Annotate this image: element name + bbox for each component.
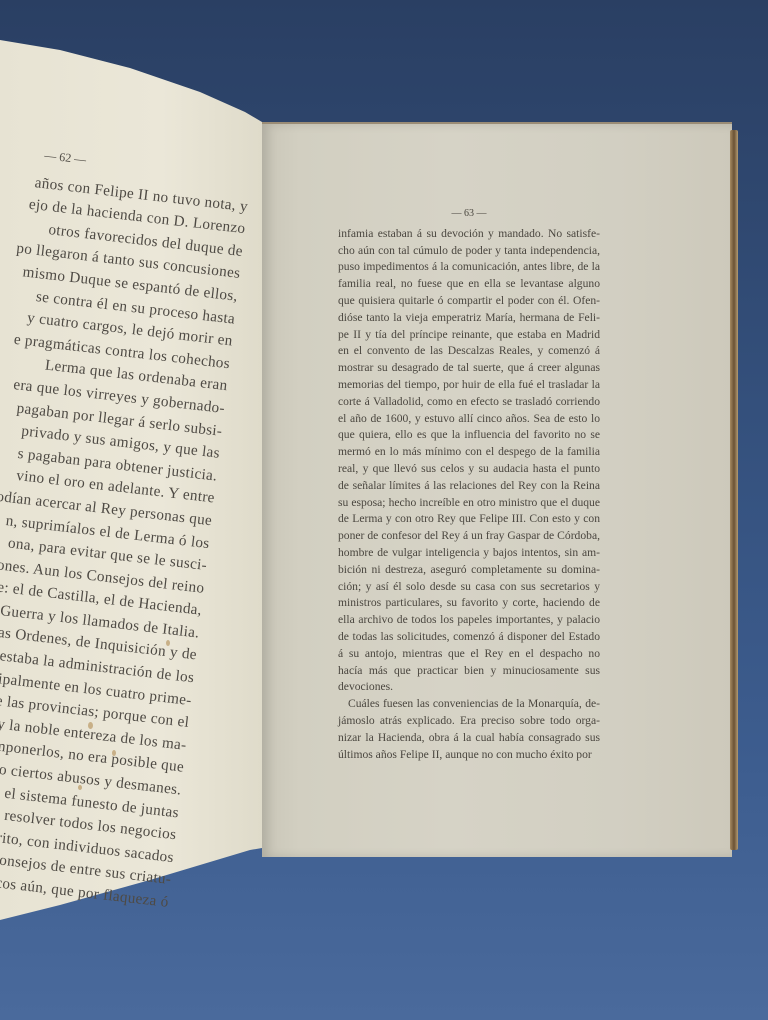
text-line: real, y que llevó sus celos y su audacia… [338,461,600,478]
text-line: hacía más que practicar bien y minuciosa… [338,663,600,680]
foxing-spot [112,750,116,756]
text-line: ción; y así él solo desde su casa con su… [338,579,600,596]
page-number-63: — 63 — [338,206,600,223]
text-line: infamia estaban á su devoción y mandado.… [338,226,600,243]
text-line: ella archivo de todos los papeles import… [338,612,600,629]
text-line: que quiera, ello es que la influencia de… [338,427,600,444]
text-line: puso impedimentos á la comunicación, ant… [338,259,600,276]
text-line: devociones. [338,679,600,696]
foxing-spot [78,785,82,790]
text-line: que quisiera quitarle ó compartir el pod… [338,293,600,310]
text-line: dióse tanto la vieja emperatriz María, h… [338,310,600,327]
text-line: de todas las solicitudes, comenzó á disp… [338,629,600,646]
text-line: corte á Valladolid, como en efecto se tr… [338,394,600,411]
text-line: cho aún con tal cúmulo de poder y tanta … [338,243,600,260]
text-line: pe II y tía del príncipe reinante, que e… [338,327,600,344]
text-line: hombre de vulgar inteligencia y bajos in… [338,545,600,562]
text-line: familia real, no fuese que en ella se le… [338,276,600,293]
text-line: bición ni destreza, aseguró completament… [338,562,600,579]
page-block-edge [730,130,738,850]
text-line: á su antojo, mientras que el Rey en el d… [338,646,600,663]
text-line: ministros particulares, su favorito y co… [338,595,600,612]
text-line: mostrar su desagrado de tal suerte, que … [338,360,600,377]
text-line: mermó en lo más mínimo con el despego de… [338,444,600,461]
foxing-spot [88,722,93,729]
foxing-spot [166,640,170,646]
text-line: memorias del tiempo, por huir de ella fu… [338,377,600,394]
text-line: de Lerma y con otro Rey que Felipe III. … [338,511,600,528]
book-photo: — 62 — años con Felipe II no tuvo nota, … [0,0,768,1020]
text-line: últimos años Felipe II, aunque no con mu… [338,747,600,764]
text-line: su esposa; hecho increíble en otro minis… [338,495,600,512]
text-line: el año de 1600, y estuvo allí cinco años… [338,411,600,428]
text-line: de señalar límites á las relaciones del … [338,478,600,495]
text-line: Cuáles fuesen las conveniencias de la Mo… [338,696,600,713]
text-line: en el convento de las Descalzas Reales, … [338,343,600,360]
text-line: nizar la Hacienda, obra á la cual había … [338,730,600,747]
text-line: jámoslo atrás explicado. Era preciso sob… [338,713,600,730]
right-page-text: — 63 — infamia estaban á su devoción y m… [338,206,600,763]
text-line: poner de confesor del Rey á un fray Gasp… [338,528,600,545]
right-page-lines: infamia estaban á su devoción y mandado.… [338,226,600,764]
